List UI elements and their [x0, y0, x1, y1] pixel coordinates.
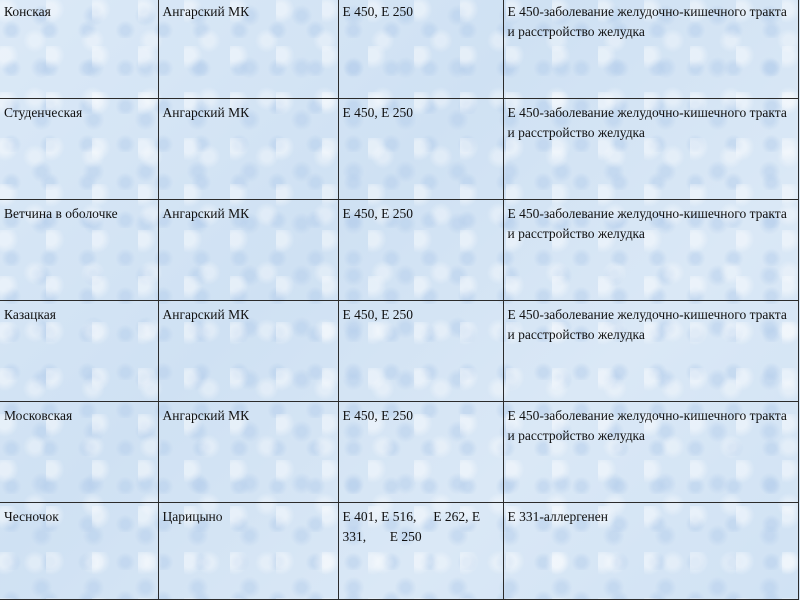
effect-cell: Е 331-аллергенен: [503, 503, 798, 600]
product-cell: Казацкая: [0, 301, 158, 402]
product-cell: Чесночок: [0, 503, 158, 600]
manufacturer-cell: Ангарский МК: [158, 200, 338, 301]
additives-cell: Е 450, Е 250: [338, 402, 503, 503]
effect-cell: Е 450-заболевание желудочно-кишечного тр…: [503, 200, 798, 301]
product-cell: Московская: [0, 402, 158, 503]
additives-cell: Е 450, Е 250: [338, 99, 503, 200]
manufacturer-cell: Ангарский МК: [158, 0, 338, 99]
product-cell: Конская: [0, 0, 158, 99]
effect-cell: Е 450-заболевание желудочно-кишечного тр…: [503, 301, 798, 402]
additives-cell: Е 450, Е 250: [338, 301, 503, 402]
additives-cell: Е 450, Е 250: [338, 200, 503, 301]
table-row: КазацкаяАнгарский МКЕ 450, Е 250Е 450-за…: [0, 301, 798, 402]
manufacturer-cell: Ангарский МК: [158, 402, 338, 503]
manufacturer-cell: Ангарский МК: [158, 99, 338, 200]
effect-cell: Е 450-заболевание желудочно-кишечного тр…: [503, 0, 798, 99]
manufacturer-cell: Ангарский МК: [158, 301, 338, 402]
additives-cell: Е 450, Е 250: [338, 0, 503, 99]
table-row: КонскаяАнгарский МКЕ 450, Е 250Е 450-заб…: [0, 0, 798, 99]
effect-cell: Е 450-заболевание желудочно-кишечного тр…: [503, 402, 798, 503]
table-row: МосковскаяАнгарский МКЕ 450, Е 250Е 450-…: [0, 402, 798, 503]
manufacturer-cell: Царицыно: [158, 503, 338, 600]
product-cell: Студенческая: [0, 99, 158, 200]
food-additives-table: КонскаяАнгарский МКЕ 450, Е 250Е 450-заб…: [0, 0, 799, 600]
effect-cell: Е 450-заболевание желудочно-кишечного тр…: [503, 99, 798, 200]
table-row: Ветчина в оболочкеАнгарский МКЕ 450, Е 2…: [0, 200, 798, 301]
product-cell: Ветчина в оболочке: [0, 200, 158, 301]
table-row: СтуденческаяАнгарский МКЕ 450, Е 250Е 45…: [0, 99, 798, 200]
additives-cell: Е 401, Е 516, Е 262, Е 331, Е 250: [338, 503, 503, 600]
table-row: ЧесночокЦарицыноЕ 401, Е 516, Е 262, Е 3…: [0, 503, 798, 600]
